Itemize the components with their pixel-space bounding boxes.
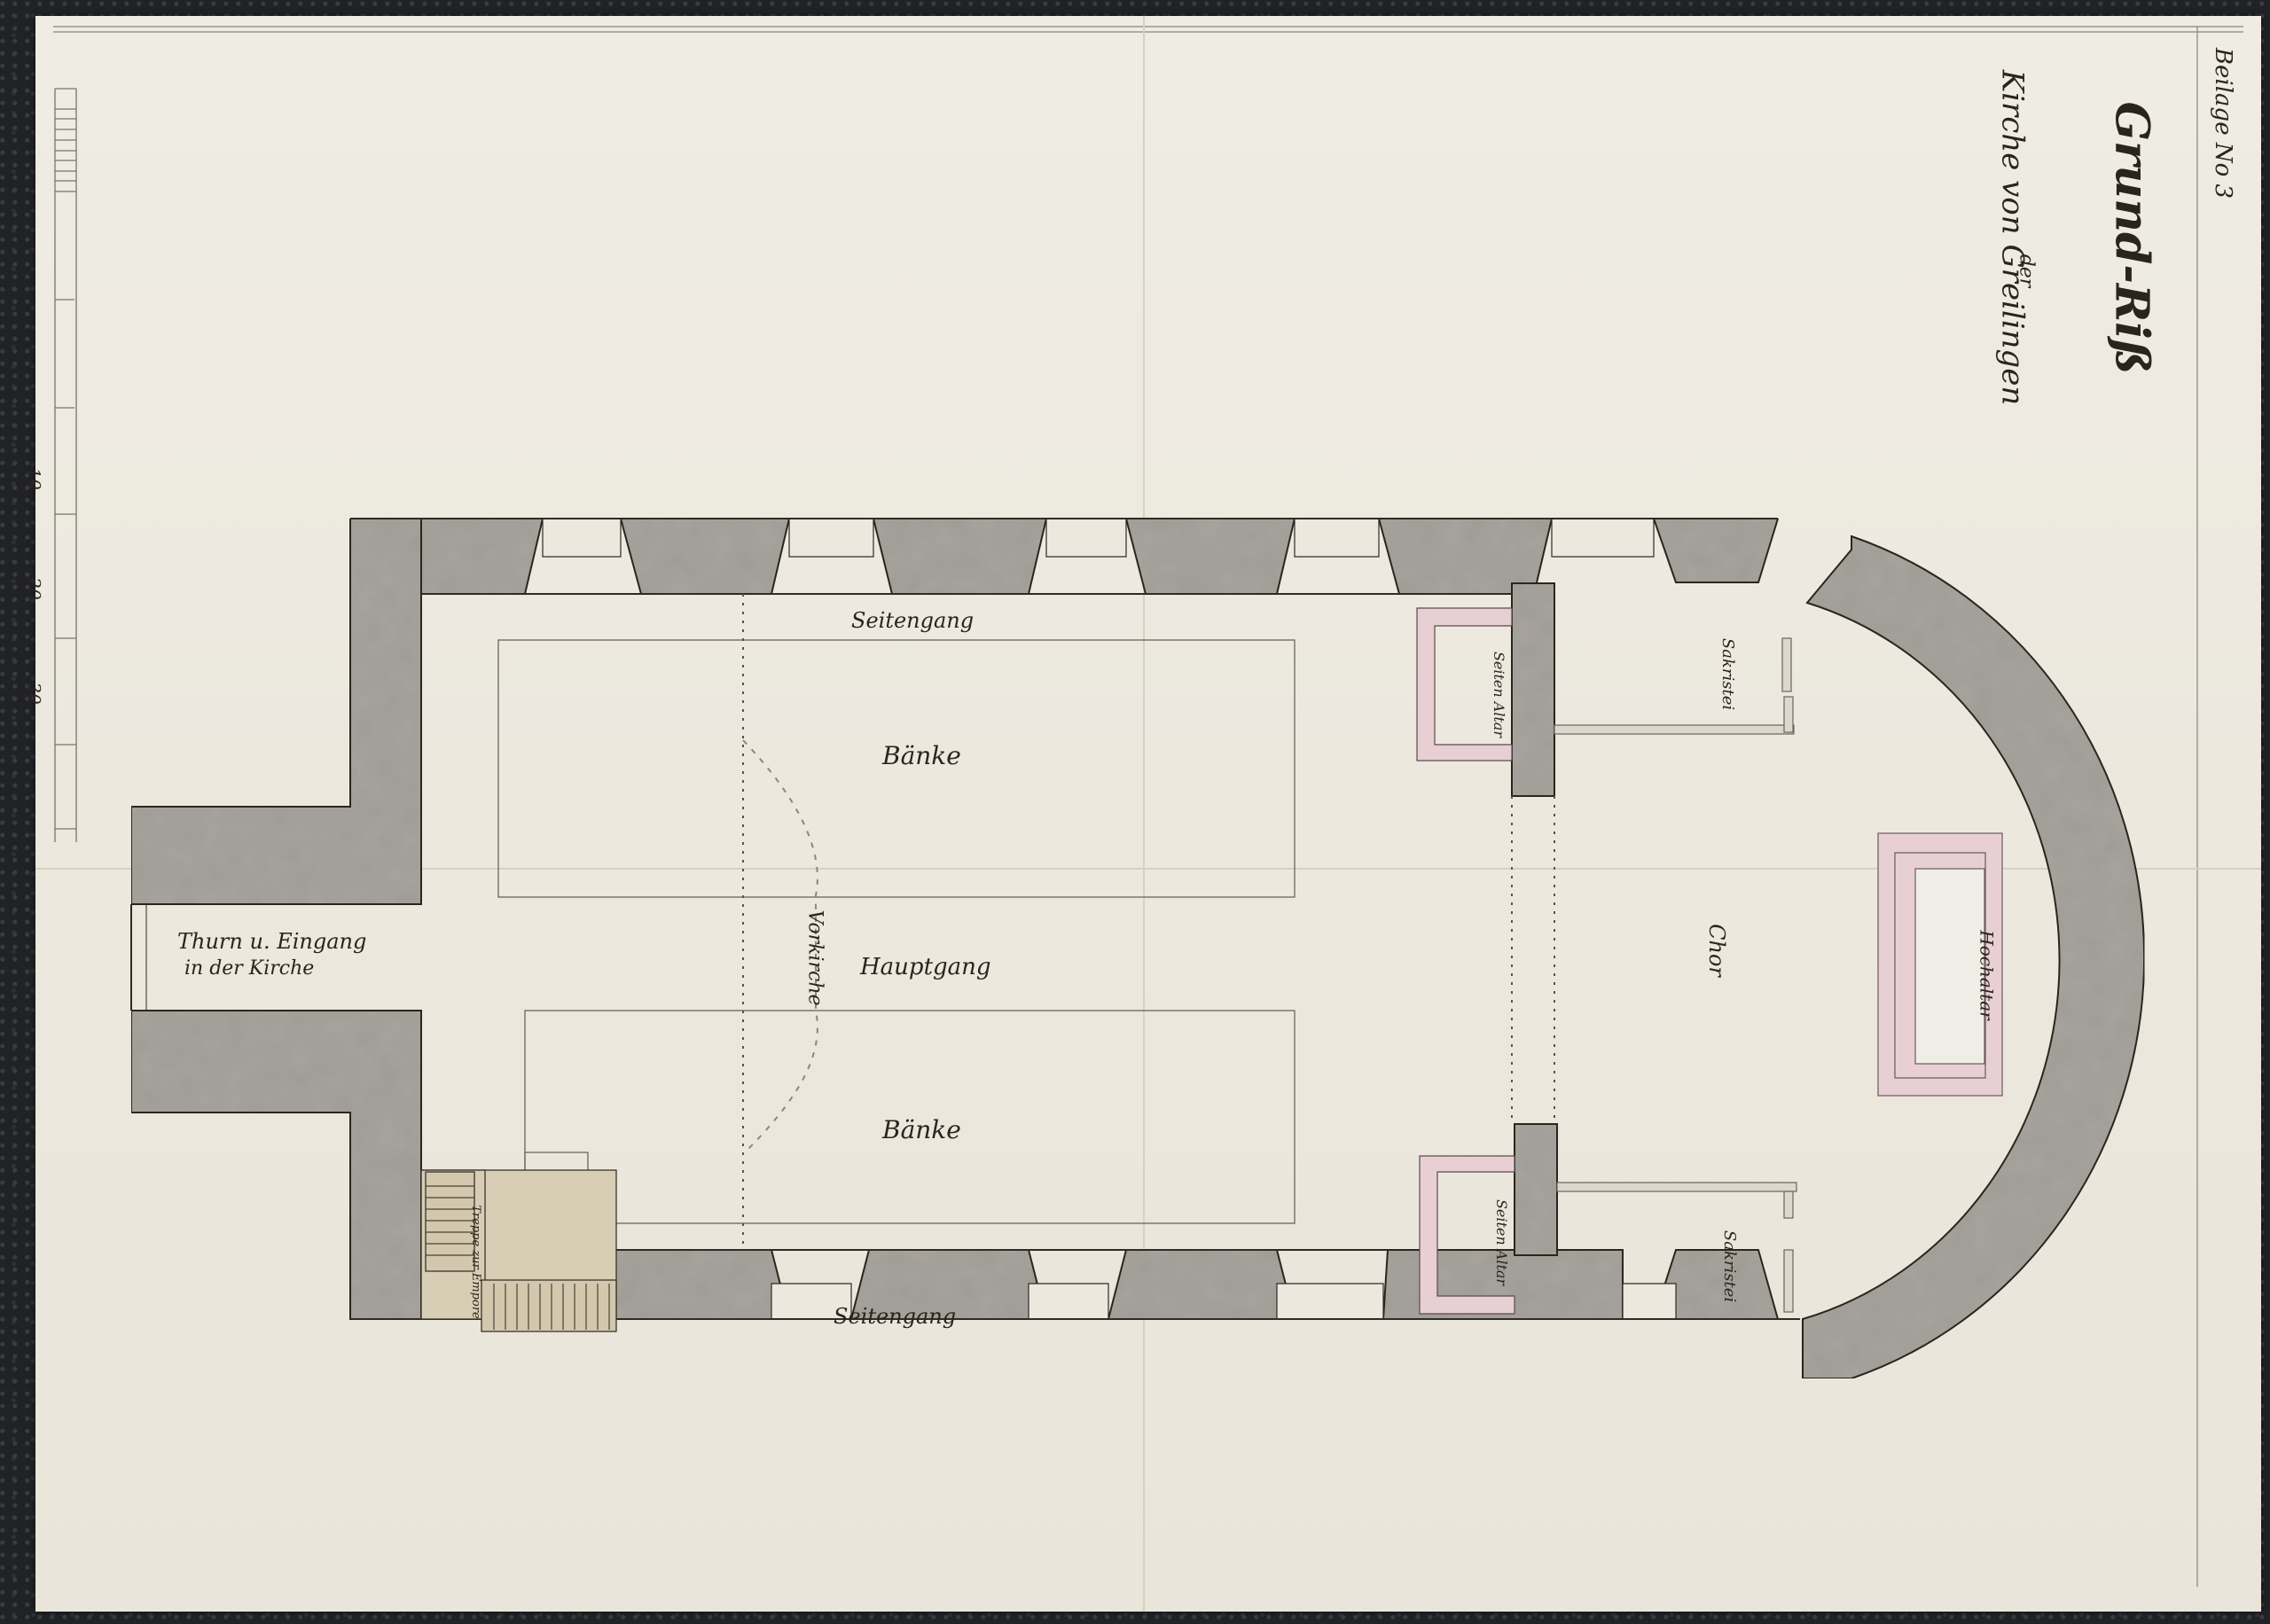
chancel-pier-bottom (1515, 1124, 1557, 1255)
label-high-altar: Hochaltar (1976, 930, 1998, 1019)
label-sacristy-top: Sakristei (1718, 638, 1737, 710)
chancel-pier-top (1512, 583, 1554, 796)
scale-bar (35, 75, 76, 842)
sacristy-partitions (1554, 638, 1796, 1312)
label-stairs: Treppe zur Empore (469, 1205, 482, 1319)
plan-subject: Kirche von Greilingen (1994, 70, 2030, 406)
label-pews-top: Bänke (882, 741, 961, 770)
label-side-altar-top: Seiten Altar (1491, 652, 1507, 738)
stairs (421, 1170, 616, 1331)
paper-sheet: Beilage No 3 Grund-Riß der Kirche von Gr… (35, 16, 2261, 1612)
label-sacristy-bottom: Sakristei (1720, 1230, 1739, 1302)
label-pews-bottom: Bänke (882, 1115, 961, 1144)
label-main-aisle: Hauptgang (860, 954, 991, 980)
floor-plan (35, 16, 2261, 1612)
plan-title: Grund-Riß (2104, 102, 2158, 375)
west-wall-upper (131, 519, 421, 904)
label-aisle-bottom: Seitengang (834, 1304, 956, 1329)
label-antechurch: Vorkirche (804, 910, 826, 1005)
scale-label-20: 20 (24, 577, 45, 599)
scale-label-30: 30 (24, 682, 45, 704)
scale-label-10: 10 (24, 467, 45, 489)
west-wall-lower (131, 1011, 421, 1319)
label-choir: Chor (1704, 924, 1729, 977)
sheet-number: Beilage No 3 (2210, 48, 2236, 199)
label-entrance-line1: Thurn u. Eingang (177, 929, 366, 954)
label-entrance-line2: in der Kirche (184, 957, 314, 980)
label-side-altar-bottom: Seiten Altar (1493, 1199, 1510, 1285)
label-aisle-top: Seitengang (851, 608, 974, 633)
